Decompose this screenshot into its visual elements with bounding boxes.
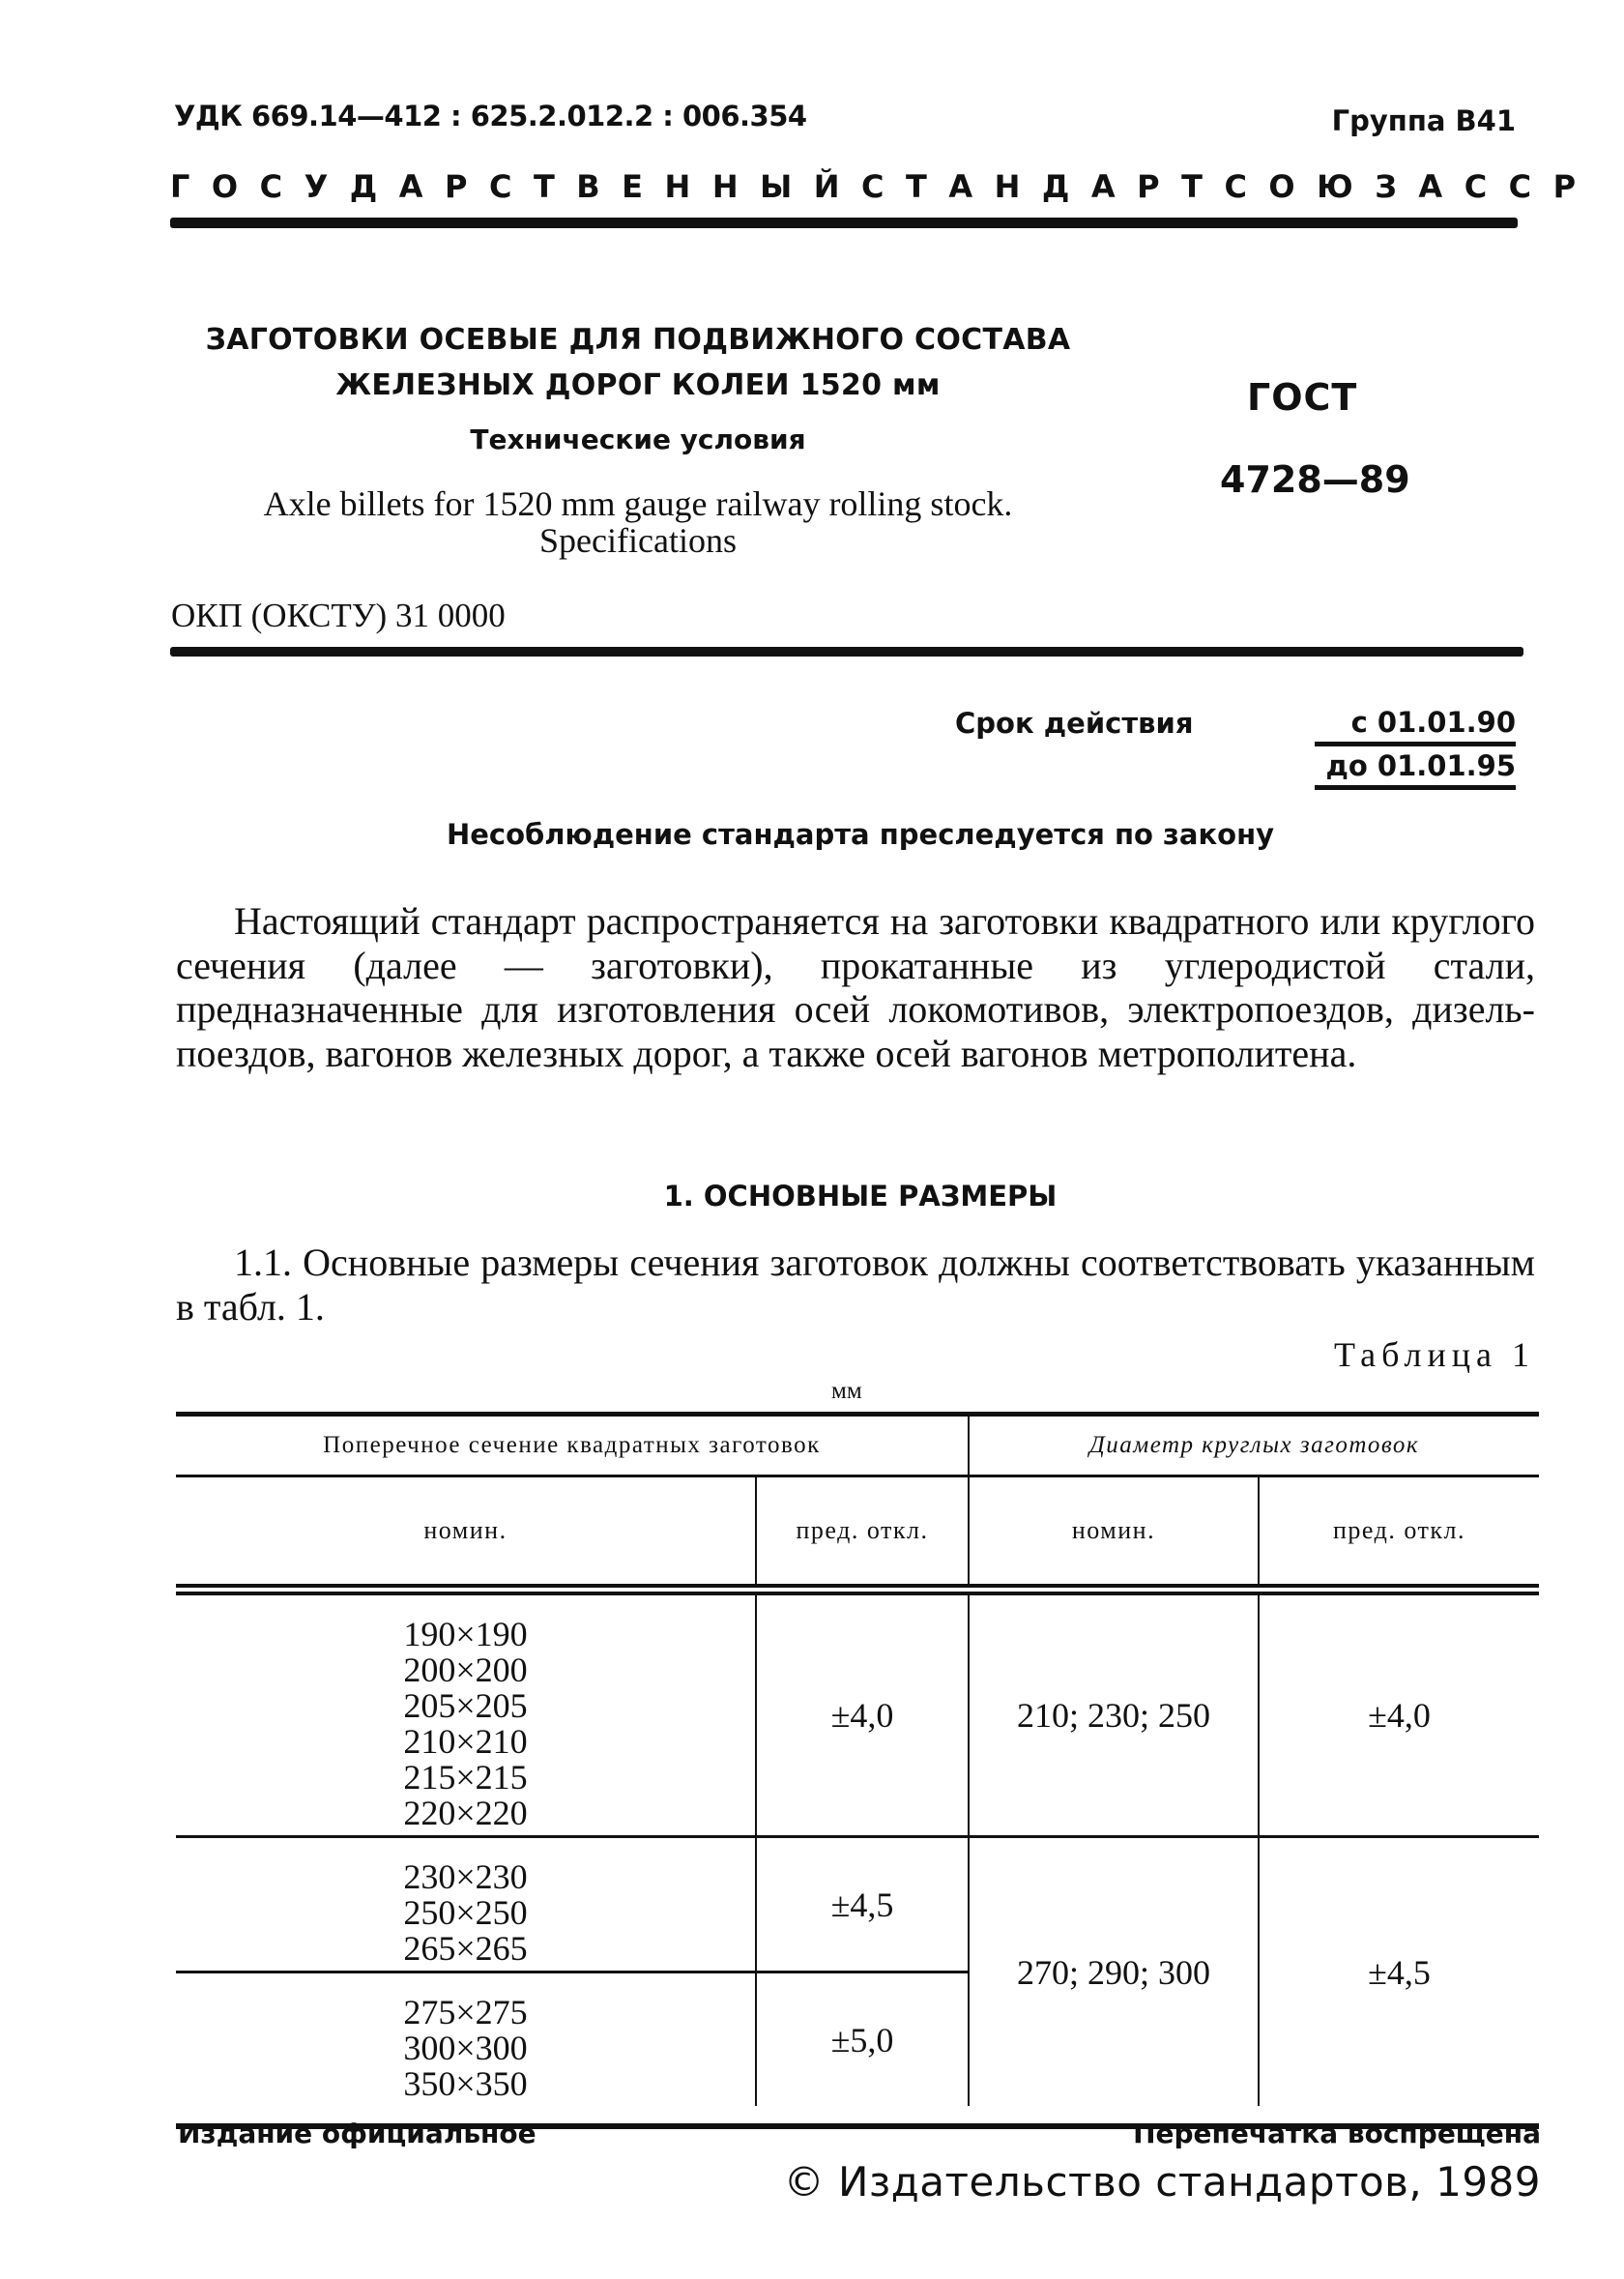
square-sizes-cell: 190×190 200×200 205×205 210×210 215×215 … [176, 1593, 756, 1837]
validity-dates: с 01.01.90 до 01.01.95 [1315, 703, 1516, 790]
table-caption: Таблица 1 [1334, 1334, 1535, 1375]
banner-word: ССР [1464, 168, 1598, 205]
document-subtitle: Технические условия [184, 424, 1092, 455]
gost-label: ГОСТ [1247, 376, 1357, 419]
state-standard-banner: ГОСУДАРСТВЕННЫЙ СТАНДАРТ СОЮЗА ССР [170, 168, 1516, 205]
round-diameters-cell: 270; 290; 300 [969, 1837, 1259, 2107]
reprint-prohibited-label: Перепечатка воспрещена [1133, 2118, 1541, 2149]
official-edition-label: Издание официальное [178, 2118, 536, 2149]
size-value: 215×215 [176, 1760, 755, 1796]
group-code: Группа В41 [1332, 104, 1516, 137]
english-title: Axle billets for 1520 mm gauge railway r… [184, 485, 1092, 559]
column-header-round-tolerance: пред. откл. [1259, 1476, 1539, 1587]
validity-to: до 01.01.95 [1315, 746, 1516, 785]
size-value: 200×200 [176, 1652, 755, 1688]
header-double-rule [176, 1586, 1539, 1593]
size-value: 300×300 [176, 2031, 755, 2066]
group-header-round: Диаметр круглых заготовок [969, 1415, 1539, 1476]
dimensions-table: Поперечное сечение квадратных заготовок … [176, 1412, 1539, 2129]
size-value: 210×210 [176, 1724, 755, 1760]
size-value: 230×230 [176, 1859, 755, 1895]
header-rule [170, 218, 1518, 228]
banner-word: ГОСУДАРСТВЕННЫЙ [170, 168, 861, 205]
title-line: ЗАГОТОВКИ ОСЕВЫЕ ДЛЯ ПОДВИЖНОГО СОСТАВА [184, 317, 1092, 363]
square-sizes-cell: 275×275 300×300 350×350 [176, 1972, 756, 2107]
size-value: 190×190 [176, 1617, 755, 1652]
round-diameters-cell: 210; 230; 250 [969, 1593, 1259, 1837]
banner-word: СОЮЗА [1224, 168, 1464, 205]
validity-label: Срок действия [955, 707, 1193, 740]
size-value: 220×220 [176, 1796, 755, 1831]
size-value: 350×350 [176, 2066, 755, 2102]
english-title-line: Specifications [184, 522, 1092, 559]
size-value: 275×275 [176, 1995, 755, 2031]
group-header-square: Поперечное сечение квадратных заготовок [176, 1415, 969, 1476]
column-header-round-nominal: номин. [969, 1476, 1259, 1587]
table-row: 190×190 200×200 205×205 210×210 215×215 … [176, 1593, 1539, 1837]
section-heading: 1. ОСНОВНЫЕ РАЗМЕРЫ [174, 1180, 1547, 1213]
paragraph-1-1: 1.1. Основные размеры сечения заготовок … [176, 1241, 1535, 1329]
table-row: 230×230 250×250 265×265 ±4,5 270; 290; 3… [176, 1837, 1539, 1972]
table-units: мм [831, 1378, 862, 1405]
copyright-notice: © Издательство стандартов, 1989 [784, 2158, 1541, 2206]
size-value: 250×250 [176, 1895, 755, 1931]
square-tolerance-cell: ±5,0 [756, 1972, 969, 2107]
document-title: ЗАГОТОВКИ ОСЕВЫЕ ДЛЯ ПОДВИЖНОГО СОСТАВА … [184, 317, 1092, 408]
validity-underline [1315, 785, 1516, 790]
square-tolerance-cell: ±4,0 [756, 1593, 969, 1837]
english-title-line: Axle billets for 1520 mm gauge railway r… [184, 485, 1092, 522]
round-tolerance-cell: ±4,5 [1259, 1837, 1539, 2107]
banner-word: СТАНДАРТ [861, 168, 1224, 205]
intro-paragraph: Настоящий стандарт распространяется на з… [176, 899, 1535, 1075]
okp-code: ОКП (ОКСТУ) 31 0000 [171, 597, 506, 635]
size-value: 205×205 [176, 1688, 755, 1724]
title-rule [170, 647, 1523, 657]
round-tolerance-cell: ±4,0 [1259, 1593, 1539, 1837]
column-header-square-tolerance: пред. откл. [756, 1476, 969, 1587]
column-header-square-nominal: номин. [176, 1476, 756, 1587]
square-tolerance-cell: ±4,5 [756, 1837, 969, 1972]
legal-notice: Несоблюдение стандарта преследуется по з… [174, 818, 1547, 851]
gost-number: 4728—89 [1220, 458, 1410, 501]
validity-from: с 01.01.90 [1315, 703, 1516, 742]
square-sizes-cell: 230×230 250×250 265×265 [176, 1837, 756, 1972]
title-line: ЖЕЛЕЗНЫХ ДОРОГ КОЛЕИ 1520 мм [184, 363, 1092, 408]
size-value: 265×265 [176, 1931, 755, 1967]
udk-code: УДК 669.14—412 : 625.2.012.2 : 006.354 [174, 100, 807, 132]
